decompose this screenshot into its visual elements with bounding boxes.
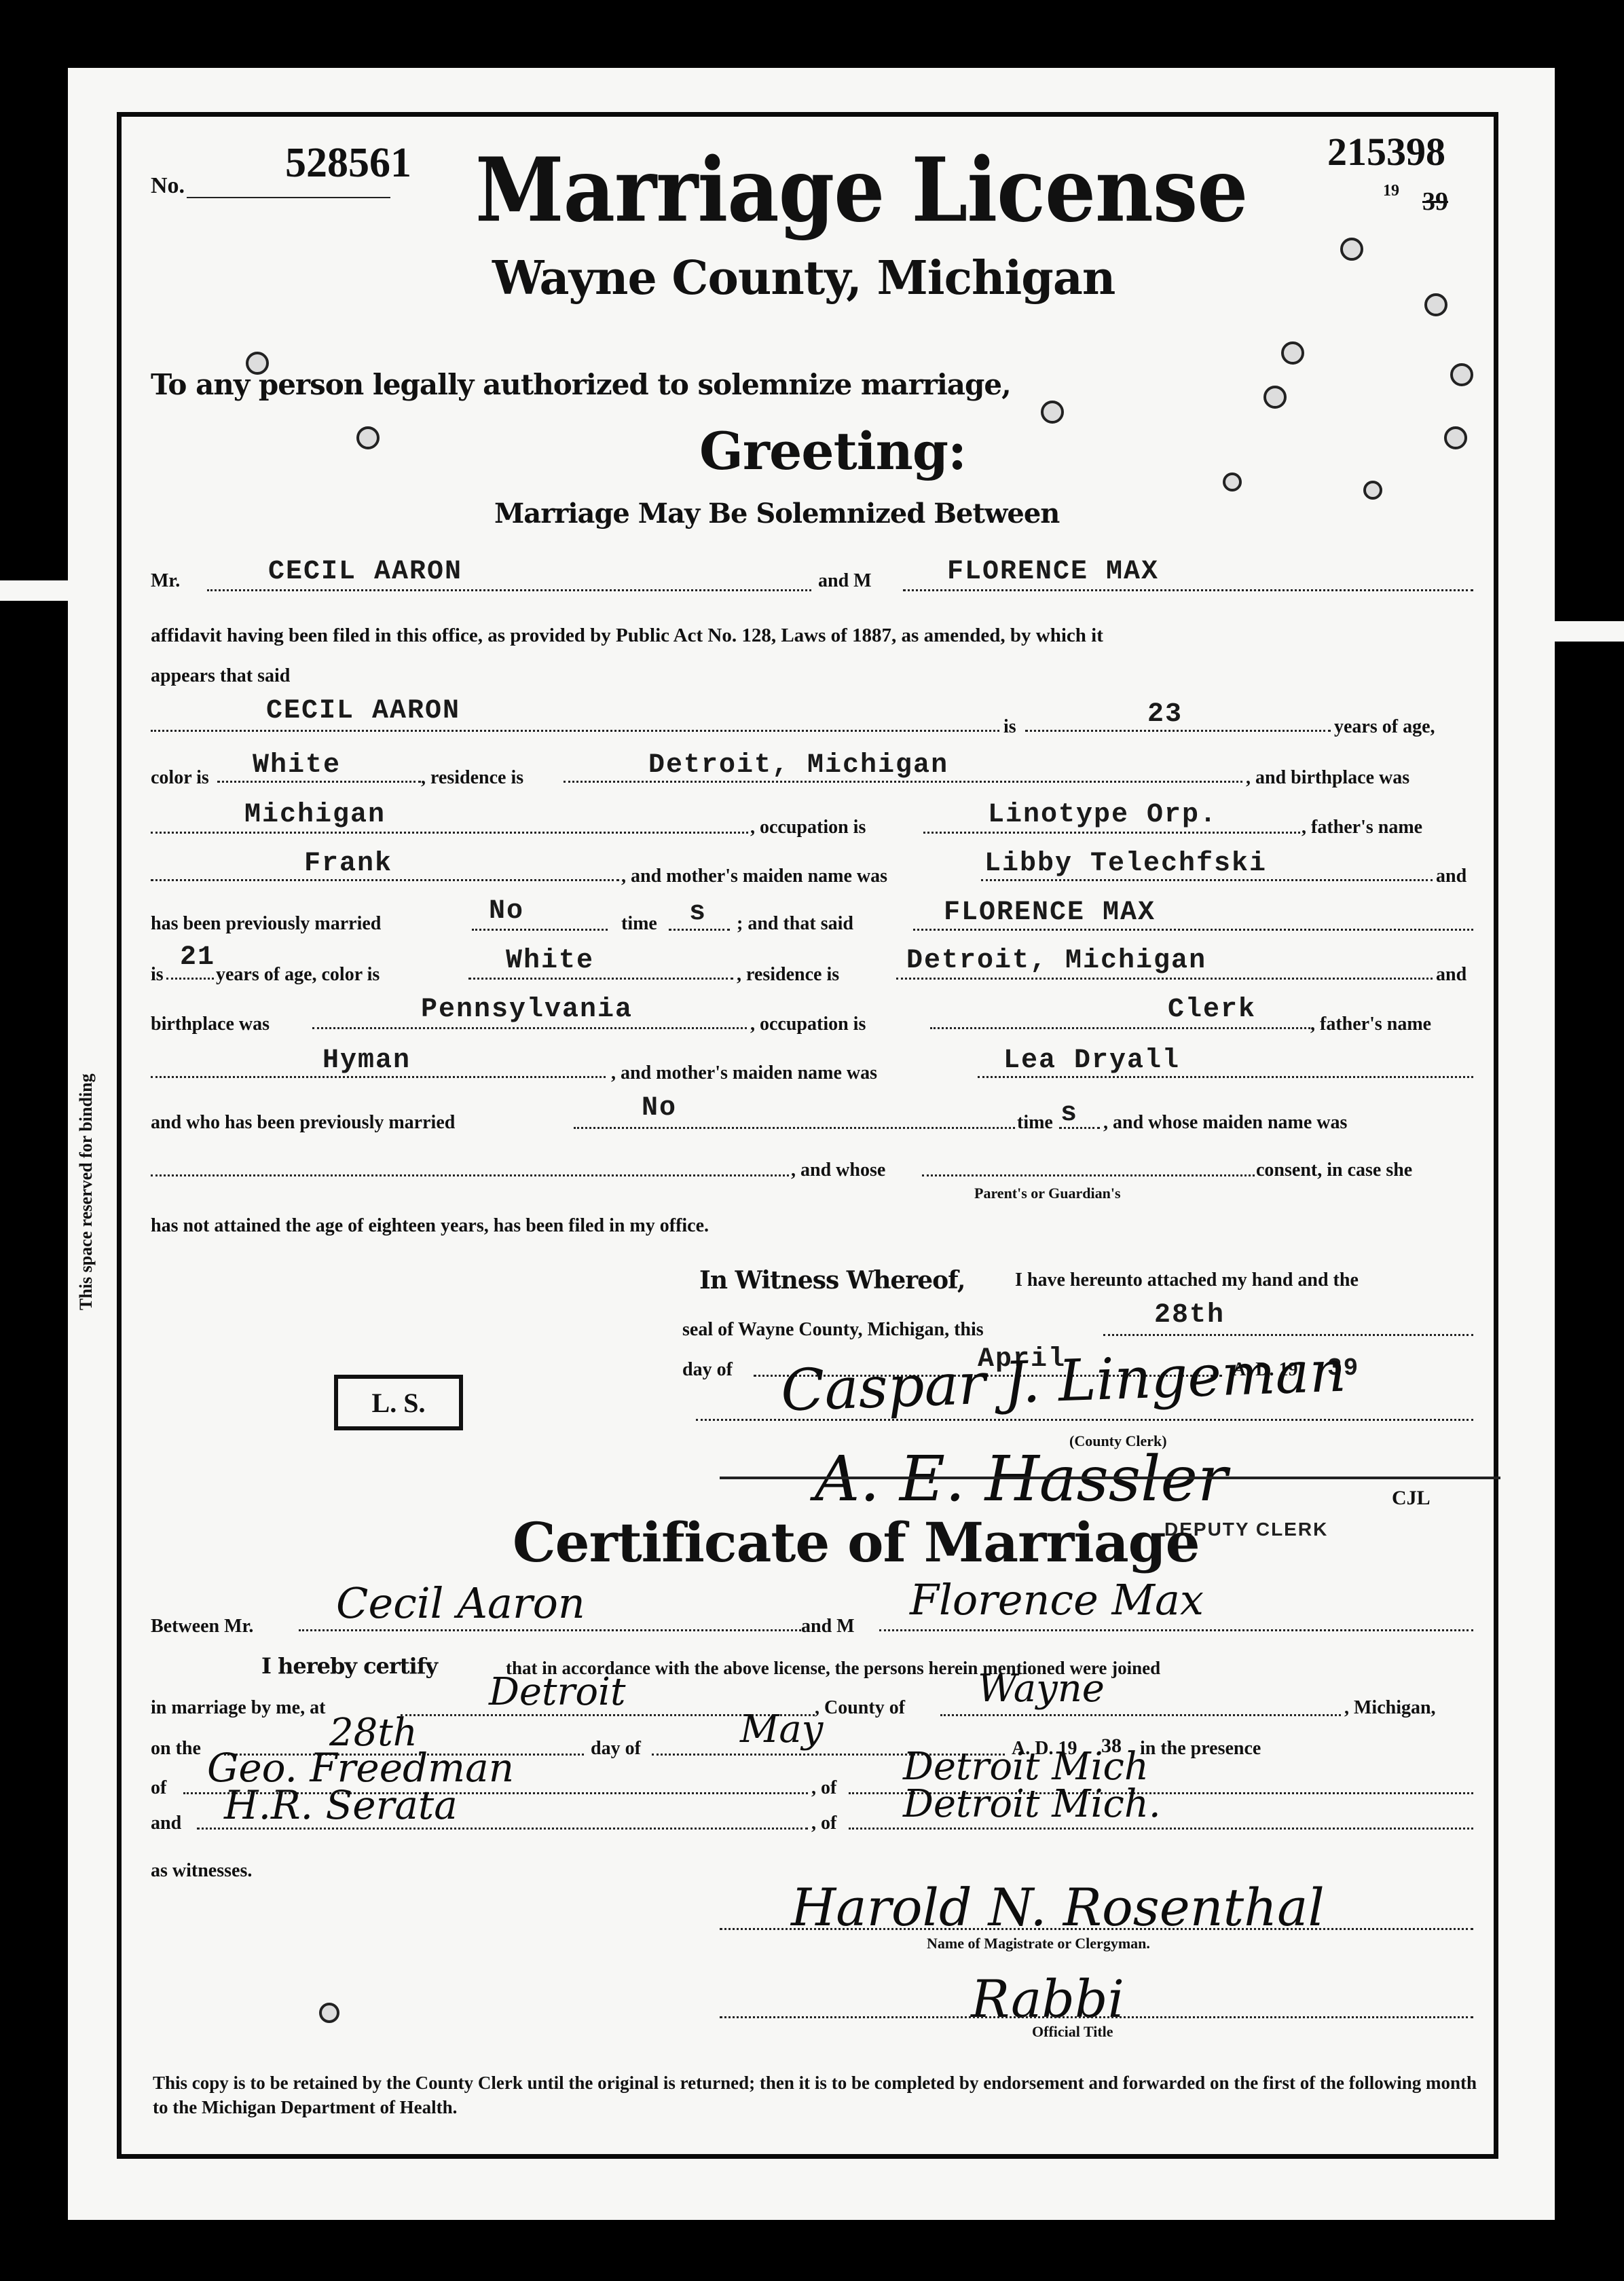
punch-hole-icon bbox=[1263, 386, 1287, 409]
groom-father-label: , father's name bbox=[1302, 817, 1422, 838]
groom-occupation: Linotype Orp. bbox=[988, 800, 1217, 830]
affidavit-intro-1: affidavit having been filed in this offi… bbox=[151, 625, 1103, 647]
bride-times-field[interactable] bbox=[1059, 1127, 1100, 1129]
bride-residence-label: , residence is bbox=[737, 964, 839, 986]
groom-age-field[interactable] bbox=[1025, 730, 1331, 732]
certificate-groom-signature: Cecil Aaron bbox=[336, 1578, 585, 1628]
witness-day-of-label: day of bbox=[682, 1359, 733, 1381]
punch-hole-icon bbox=[1424, 293, 1447, 316]
address-line: To any person legally authorized to sole… bbox=[151, 368, 1011, 401]
bride-years-label: years of age, color is bbox=[216, 964, 380, 986]
document-border bbox=[117, 112, 1498, 2159]
punch-hole-icon bbox=[319, 2003, 339, 2023]
bride-name: FLORENCE MAX bbox=[947, 557, 1159, 587]
license-number-line bbox=[187, 197, 390, 198]
year-value: 39 bbox=[1422, 187, 1448, 217]
certify-heading: I hereby certify bbox=[261, 1653, 437, 1679]
witness-heading: In Witness Whereof, bbox=[699, 1266, 965, 1295]
officiant-caption: Name of Magistrate or Clergyman. bbox=[927, 1935, 1150, 1952]
groom-color-label: color is bbox=[151, 767, 209, 789]
seal-box: L. S. bbox=[334, 1375, 463, 1430]
groom-mother-and-label: and bbox=[1436, 866, 1466, 887]
witness2-name: H.R. Serata bbox=[224, 1782, 458, 1828]
seal-label: L. S. bbox=[372, 1387, 426, 1419]
groom-birthplace-label: , and birthplace was bbox=[1246, 767, 1409, 789]
groom-occupation-field[interactable] bbox=[923, 832, 1300, 834]
marriage-day-of-label: day of bbox=[591, 1738, 641, 1760]
consent-label: consent, in case she bbox=[1256, 1160, 1412, 1181]
bride-mother-label: , and mother's maiden name was bbox=[611, 1062, 877, 1084]
guardian-caption: Parent's or Guardian's bbox=[974, 1185, 1121, 1202]
official-title-signature: Rabbi bbox=[971, 1969, 1124, 2029]
groom-residence: Detroit, Michigan bbox=[648, 750, 948, 781]
groom-times: s bbox=[689, 897, 707, 928]
bride-residence: Detroit, Michigan bbox=[906, 946, 1206, 976]
bride-occupation: Clerk bbox=[1168, 995, 1256, 1025]
bride-and-whose-label: , and whose bbox=[791, 1160, 885, 1181]
groom-name-field[interactable] bbox=[207, 589, 811, 591]
bride-is-label: is bbox=[151, 964, 164, 986]
groom-residence-field[interactable] bbox=[564, 781, 1242, 783]
bride-maiden-label: , and whose maiden name was bbox=[1103, 1112, 1347, 1134]
affidavit-intro-2: appears that said bbox=[151, 665, 290, 687]
official-title-caption: Official Title bbox=[1032, 2023, 1113, 2041]
on-the-label: on the bbox=[151, 1738, 201, 1760]
groom-mother-field[interactable] bbox=[981, 879, 1433, 881]
bride-birthplace-label: birthplace was bbox=[151, 1014, 270, 1035]
left-edge-notch bbox=[0, 580, 68, 601]
punch-hole-icon bbox=[1223, 472, 1242, 492]
groom-name: CECIL AARON bbox=[268, 557, 462, 587]
bride-prev-married: No bbox=[642, 1093, 677, 1124]
groom-color: White bbox=[253, 750, 341, 781]
certificate-groom-field[interactable] bbox=[299, 1629, 801, 1631]
as-witnesses-label: as witnesses. bbox=[151, 1860, 252, 1882]
county-clerk-signature-line bbox=[696, 1419, 1473, 1421]
license-number-label: No. bbox=[151, 173, 185, 199]
bride-father-label: , father's name bbox=[1310, 1014, 1431, 1035]
bride-birthplace: Pennsylvania bbox=[421, 995, 633, 1025]
deputy-initials: CJL bbox=[1392, 1487, 1431, 1510]
bride-name-field[interactable] bbox=[903, 589, 1473, 591]
witness1-of-label: , of bbox=[811, 1777, 836, 1799]
certificate-bride-field[interactable] bbox=[879, 1629, 1473, 1631]
witness2-place-field[interactable] bbox=[849, 1828, 1473, 1830]
punch-hole-icon bbox=[1363, 481, 1382, 500]
groom-mother-label: , and mother's maiden name was bbox=[621, 866, 887, 887]
place: Detroit bbox=[489, 1670, 625, 1714]
marriage-month: May bbox=[740, 1707, 823, 1751]
year-label: 19 bbox=[1383, 182, 1399, 200]
groom-occupation-label: , occupation is bbox=[750, 817, 866, 838]
witness-text-1: I have hereunto attached my hand and the bbox=[1015, 1269, 1359, 1291]
groom-birthplace-field[interactable] bbox=[151, 832, 748, 834]
witness-day-field[interactable] bbox=[1103, 1334, 1473, 1336]
binding-note: This space reserved for binding bbox=[76, 1073, 96, 1310]
groom-that-said-label: ; and that said bbox=[737, 913, 853, 935]
mr-label: Mr. bbox=[151, 570, 180, 592]
bride-prev-married-field[interactable] bbox=[574, 1127, 1015, 1129]
certificate-and-m-label: and M bbox=[801, 1616, 855, 1637]
witness2-and-label: and bbox=[151, 1813, 181, 1834]
groom-father-field[interactable] bbox=[151, 879, 619, 881]
bride-age-field[interactable] bbox=[166, 978, 214, 980]
groom-age: 23 bbox=[1147, 699, 1183, 730]
bride-times: s bbox=[1060, 1098, 1078, 1129]
punch-hole-icon bbox=[1444, 426, 1467, 449]
groom-birthplace: Michigan bbox=[244, 800, 386, 830]
bride-affidavit-name: FLORENCE MAX bbox=[944, 897, 1156, 928]
bride-occupation-field[interactable] bbox=[930, 1027, 1310, 1029]
bride-color-field[interactable] bbox=[468, 978, 733, 980]
certificate-bride-signature: Florence Max bbox=[910, 1575, 1204, 1625]
license-number: 528561 bbox=[285, 139, 411, 187]
page-subtitle: Wayne County, Michigan bbox=[492, 251, 1115, 305]
groom-years-label: years of age, bbox=[1334, 716, 1435, 738]
page-title: Marriage License bbox=[475, 138, 1247, 242]
county-field[interactable] bbox=[940, 1714, 1341, 1716]
witness-day: 28th bbox=[1154, 1300, 1225, 1331]
witness2-of-label: , of bbox=[811, 1813, 836, 1834]
state-label: , Michigan, bbox=[1344, 1697, 1436, 1719]
bride-residence-field[interactable] bbox=[896, 978, 1433, 980]
officiant-signature-line bbox=[720, 1928, 1473, 1930]
groom-affidavit-name: CECIL AARON bbox=[266, 696, 460, 726]
bride-color: White bbox=[506, 946, 594, 976]
witness1-of-prefix: of bbox=[151, 1777, 166, 1799]
bride-mother-field[interactable] bbox=[978, 1076, 1473, 1078]
county-label: , County of bbox=[815, 1697, 905, 1719]
bride-birthplace-field[interactable] bbox=[312, 1027, 747, 1029]
groom-father: Frank bbox=[304, 849, 392, 879]
groom-is-label: is bbox=[1003, 716, 1016, 738]
punch-hole-icon bbox=[1281, 341, 1304, 365]
deputy-clerk-signature-line bbox=[720, 1477, 1500, 1479]
affidavit-closing: has not attained the age of eighteen yea… bbox=[151, 1215, 709, 1237]
and-m-label: and M bbox=[818, 570, 872, 592]
bride-father-field[interactable] bbox=[151, 1076, 606, 1078]
groom-color-field[interactable] bbox=[217, 781, 421, 783]
presence-label: , in the presence bbox=[1130, 1738, 1261, 1760]
guardian-consent-field[interactable] bbox=[922, 1174, 1255, 1176]
certificate-between-label: Between Mr. bbox=[151, 1616, 253, 1637]
groom-prev-married-label: has been previously married bbox=[151, 913, 381, 935]
bride-age: 21 bbox=[180, 942, 215, 973]
groom-times-field[interactable] bbox=[669, 929, 730, 931]
county: Wayne bbox=[978, 1667, 1105, 1711]
witness2-place: Detroit Mich. bbox=[903, 1782, 1161, 1826]
bride-residence-and-label: and bbox=[1436, 964, 1466, 986]
bride-mother: Lea Dryall bbox=[1003, 1045, 1180, 1076]
bride-occupation-label: , occupation is bbox=[750, 1014, 866, 1035]
place-label: in marriage by me, at bbox=[151, 1697, 325, 1719]
punch-hole-icon bbox=[356, 426, 380, 449]
witness-text-2: seal of Wayne County, Michigan, this bbox=[682, 1319, 984, 1341]
between-heading: Marriage May Be Solemnized Between bbox=[494, 498, 1059, 530]
groom-mother: Libby Telechfski bbox=[984, 849, 1267, 879]
groom-prev-married: No bbox=[489, 896, 524, 927]
groom-time-label: time bbox=[621, 913, 657, 935]
footer-note: This copy is to be retained by the Count… bbox=[153, 2071, 1477, 2119]
certificate-title: Certificate of Marriage bbox=[513, 1510, 1200, 1574]
official-title-line bbox=[720, 2016, 1473, 2018]
groom-prev-married-field[interactable] bbox=[472, 929, 608, 931]
greeting: Greeting: bbox=[699, 421, 966, 481]
bride-affidavit-name-field[interactable] bbox=[913, 929, 1473, 931]
groom-affidavit-name-field[interactable] bbox=[151, 730, 999, 732]
groom-residence-label: , residence is bbox=[421, 767, 523, 789]
bride-father: Hyman bbox=[322, 1045, 411, 1076]
bride-maiden-name-field[interactable] bbox=[151, 1174, 789, 1176]
punch-hole-icon bbox=[1340, 238, 1363, 261]
bride-prev-married-label: and who has been previously married bbox=[151, 1112, 455, 1134]
bride-time-label: time bbox=[1017, 1112, 1053, 1134]
punch-hole-icon bbox=[1041, 401, 1064, 424]
right-edge-notch bbox=[1555, 621, 1624, 642]
punch-hole-icon bbox=[1450, 363, 1473, 386]
record-number: 215398 bbox=[1327, 129, 1445, 174]
